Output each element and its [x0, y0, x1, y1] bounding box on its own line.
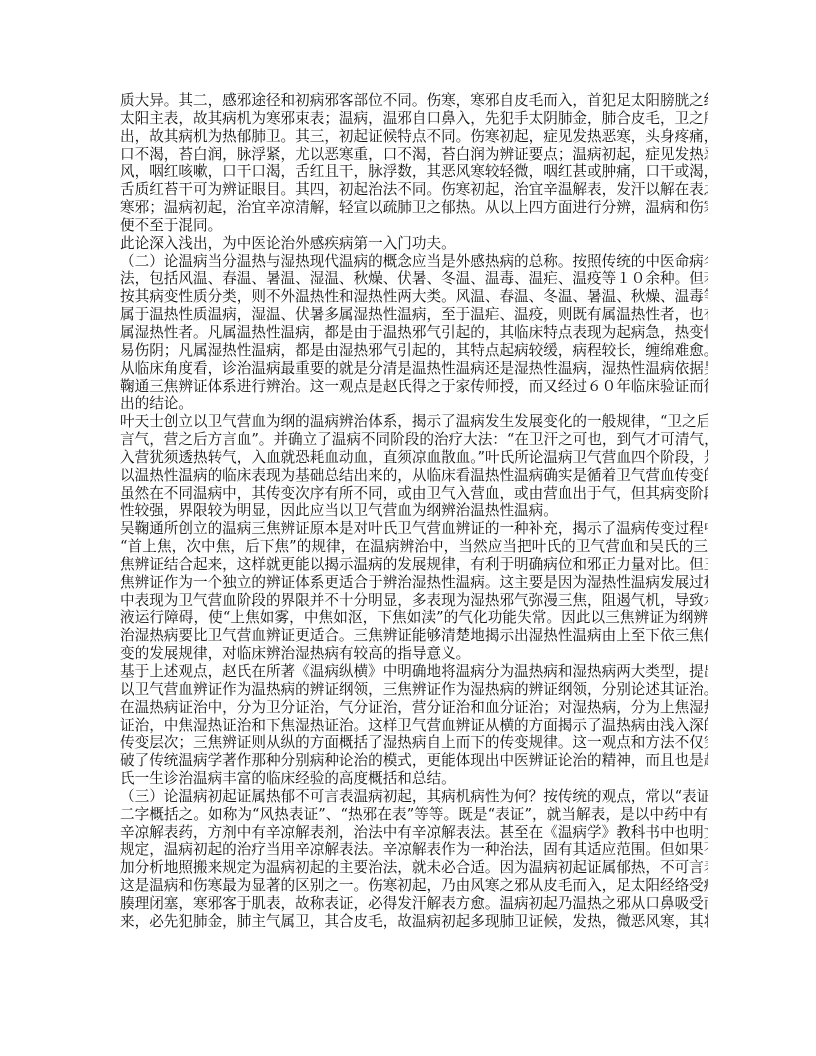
- paragraph-end-line: 变的发展规律，对临床辨治湿热病有较高的指导意义。: [120, 645, 708, 663]
- text-line: 证治，中焦湿热证治和下焦湿热证治。这样卫气营血辨证从横的方面揭示了温热病由浅入深…: [120, 717, 708, 735]
- text-line: 属于温热性质温病，湿温、伏暑多属湿热性温病，至于温疟、温疫，则既有属温热性者，也…: [120, 306, 708, 324]
- text-line: 二字概括之。如称为“风热表证”、“热邪在表”等等。既是“表证”，就当解表，是以中…: [120, 806, 708, 824]
- text-line: 焦辨证结合起来，这样就更能以揭示温病的发展规律，有利于明确病位和邪正力量对比。但…: [120, 556, 708, 574]
- text-line: 以卫气营血辨证作为温热病的辨证纲领，三焦辨证作为湿热病的辨证纲领，分别论述其证治…: [120, 681, 708, 699]
- text-line: 以温热性温病的临床表现为基础总结出来的，从临床看温热性温病确实是循着卫气营血传变…: [120, 467, 708, 485]
- text-line: 从临床角度看，诊治温病最重要的就是分清是温热性温病还是湿热性温病，湿热性温病依据…: [120, 360, 708, 378]
- text-line: 基于上述观点，赵氏在所著《温病纵横》中明确地将温病分为温热病和湿热病两大类型，提…: [120, 663, 708, 681]
- text-line: 舌质红苔干可为辨证眼目。其四，初起治法不同。伤寒初起，治宜辛温解表，发汗以解在表…: [120, 181, 708, 199]
- text-line: 法，包括风温、春温、暑温、湿温、秋燥、伏暑、冬温、温毒、温疟、温疫等１０余种。但…: [120, 270, 708, 288]
- document-page: 质大异。其二，感邪途径和初病邪客部位不同。伤寒，寒邪自皮毛而入，首犯足太阳膀胱之…: [120, 92, 708, 931]
- text-line: 吴鞠通所创立的温病三焦辨证原本是对叶氏卫气营血辨证的一种补充，揭示了温病传变过程…: [120, 520, 708, 538]
- paragraph-end-line: 氏一生诊治温病丰富的临床经验的高度概括和总结。: [120, 770, 708, 788]
- text-line: 易伤阴；凡属湿热性温病，都是由湿热邪气引起的，其特点起病较缓，病程较长，缠绵难愈…: [120, 342, 708, 360]
- paragraph-end-line: 此论深入浅出，为中医论治外感疾病第一入门功夫。: [120, 235, 708, 253]
- text-line: 破了传统温病学著作那种分别病种论治的模式，更能体现出中医辨证论治的精神，而且也是…: [120, 752, 708, 770]
- text-line: 规定，温病初起的治疗当用辛凉解表法。辛凉解表作为一种治法，固有其适应范围。但如果…: [120, 841, 708, 859]
- text-line: 出，故其病机为热郁肺卫。其三，初起证候特点不同。伤寒初起，症见发热恶寒，头身疼痛…: [120, 128, 708, 146]
- text-line: 辛凉解表药，方剂中有辛凉解表剂，治法中有辛凉解表法。甚至在《温病学》教科书中也明…: [120, 824, 708, 842]
- text-line: 太阳主表，故其病机为寒邪束表；温病，温邪自口鼻入，先犯手太阴肺金，肺合皮毛，卫之…: [120, 110, 708, 128]
- text-line: 在温热病证治中，分为卫分证治，气分证治，营分证治和血分证治；对湿热病，分为上焦湿…: [120, 699, 708, 717]
- text-line: （三）论温病初起证属热郁不可言表温病初起，其病机病性为何？按传统的观点，常以“表…: [120, 788, 708, 806]
- text-line: 来，必先犯肺金，肺主气属卫，其合皮毛，故温病初起多现肺卫证候，发热，微恶风寒，其…: [120, 913, 708, 931]
- text-line: 风，咽红咳嗽，口干口渴，舌红且干，脉浮数，其恶风寒较轻微，咽红甚或肿痛，口干或渴…: [120, 163, 708, 181]
- text-line: 言气，营之后方言血”。并确立了温病不同阶段的治疗大法：“在卫汗之可也，到气才可清…: [120, 431, 708, 449]
- text-line: 虽然在不同温病中，其传变次序有所不同，或由卫气入营血，或由营血出于气，但其病变阶…: [120, 485, 708, 503]
- paragraph-end-line: 便不至于混同。: [120, 217, 708, 235]
- text-line: 液运行障碍，使“上焦如雾，中焦如沤，下焦如渎”的气化功能失常。因此以三焦辨证为纲…: [120, 609, 708, 627]
- text-line: 治湿热病要比卫气营血辨证更适合。三焦辨证能够清楚地揭示出湿热性温病由上至下依三焦…: [120, 627, 708, 645]
- text-line: “首上焦，次中焦，后下焦”的规律，在温病辨治中，当然应当把叶氏的卫气营血和吴氏的…: [120, 538, 708, 556]
- text-line: 属湿热性者。凡属温热性温病，都是由于温热邪气引起的，其临床特点表现为起病急，热变…: [120, 324, 708, 342]
- text-line: 质大异。其二，感邪途径和初病邪客部位不同。伤寒，寒邪自皮毛而入，首犯足太阳膀胱之…: [120, 92, 708, 110]
- text-line: （二）论温病当分温热与湿热现代温病的概念应当是外感热病的总称。按照传统的中医命病…: [120, 253, 708, 271]
- text-line: 寒邪；温病初起，治宜辛凉清解，轻宣以疏肺卫之郁热。从以上四方面进行分辨，温病和伤…: [120, 199, 708, 217]
- text-line: 焦辨证作为一个独立的辨证体系更适合于辨治湿热性温病。这主要是因为湿热性温病发展过…: [120, 574, 708, 592]
- text-line: 口不渴，苔白润，脉浮紧，尤以恶寒重，口不渴，苔白润为辨证要点；温病初起，症见发热…: [120, 146, 708, 164]
- text-line: 加分析地照搬来规定为温病初起的主要治法，就未必合适。因为温病初起证属郁热，不可言…: [120, 859, 708, 877]
- text-line: 传变层次；三焦辨证则从纵的方面概括了湿热病自上而下的传变规律。这一观点和方法不仅…: [120, 734, 708, 752]
- text-line: 叶天士创立以卫气营血为纲的温病辨治体系，揭示了温病发生发展变化的一般规律，“卫之…: [120, 413, 708, 431]
- text-line: 这是温病和伤寒最为显著的区别之一。伤寒初起，乃由风寒之邪从皮毛而入，足太阳经络受…: [120, 877, 708, 895]
- paragraph-end-line: 出的结论。: [120, 395, 708, 413]
- paragraph-end-line: 性较强，界限较为明显，因此应当以卫气营血为纲辨治温热性温病。: [120, 502, 708, 520]
- text-line: 中表现为卫气营血阶段的界限并不十分明显，多表现为湿热邪气弥漫三焦，阻遏气机，导致…: [120, 592, 708, 610]
- text-line: 入营犹须透热转气，入血就恐耗血动血，直须凉血散血。”叶氏所论温病卫气营血四个阶段…: [120, 449, 708, 467]
- text-line: 鞠通三焦辨证体系进行辨治。这一观点是赵氏得之于家传师授，而又经过６０年临床验证而…: [120, 378, 708, 396]
- text-line: 腠理闭塞，寒邪客于肌表，故称表证，必得发汗解表方愈。温病初起乃温热之邪从口鼻吸受…: [120, 895, 708, 913]
- text-line: 按其病变性质分类，则不外温热性和湿热性两大类。风温、春温、冬温、暑温、秋燥、温毒…: [120, 288, 708, 306]
